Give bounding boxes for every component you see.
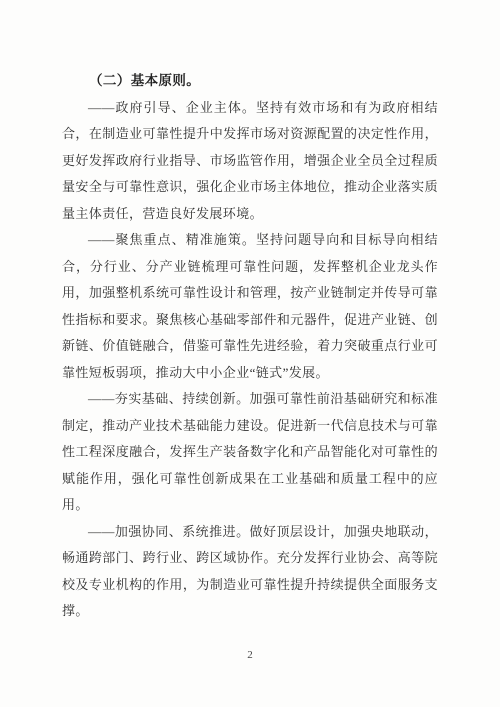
section-heading: （二）基本原则。 [62,68,438,95]
paragraph-government-guidance: ——政府引导、企业主体。坚持有效市场和有为政府相结合，在制造业可靠性提升中发挥市… [62,95,438,228]
page-number: 2 [247,649,253,661]
document-page: （二）基本原则。 ——政府引导、企业主体。坚持有效市场和有为政府相结合，在制造业… [0,0,500,707]
paragraph-focus-key-points: ——聚焦重点、精准施策。坚持问题导向和目标导向相结合，分行业、分产业链梳理可靠性… [62,227,438,386]
page-footer: 2 [0,645,500,663]
paragraph-strengthen-coordination: ——加强协同、系统推进。做好顶层设计，加强央地联动，畅通跨部门、跨行业、跨区域协… [62,519,438,625]
paragraph-consolidate-foundation: ——夯实基础、持续创新。加强可靠性前沿基础研究和标准制定，推动产业技术基础能力建… [62,386,438,519]
document-content: （二）基本原则。 ——政府引导、企业主体。坚持有效市场和有为政府相结合，在制造业… [62,68,438,625]
